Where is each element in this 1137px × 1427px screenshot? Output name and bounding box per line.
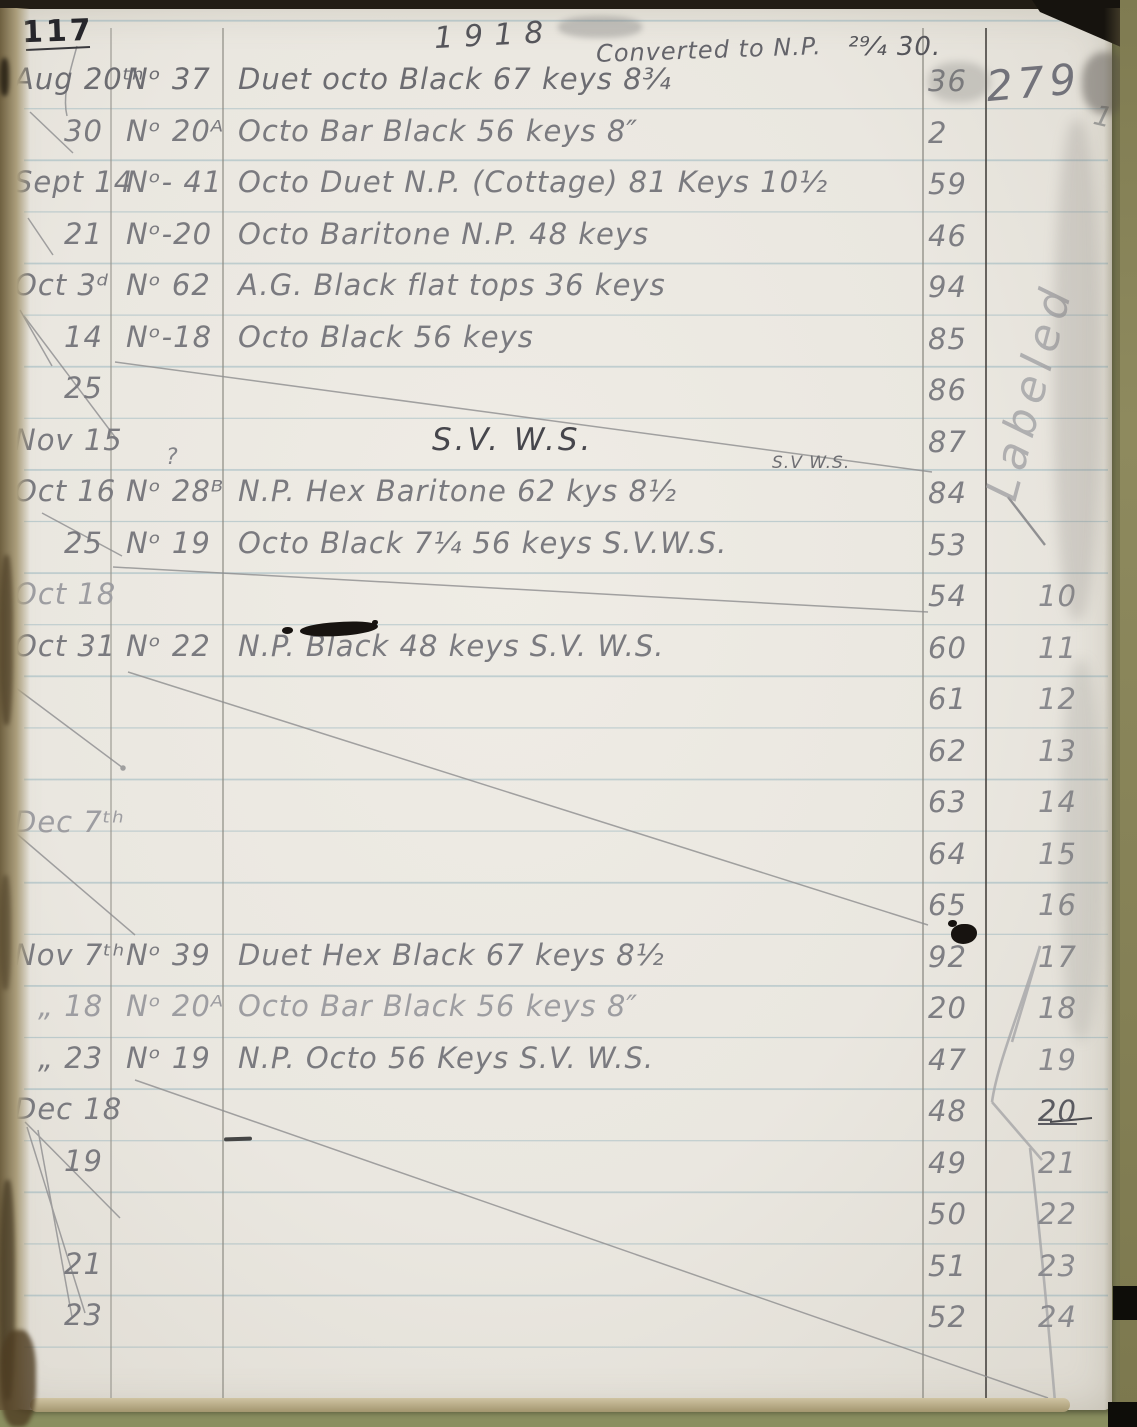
ledger-page-photo: 117 1918 Converted to N.P. ²⁹⁄₄ 30. 279 … (0, 0, 1137, 1427)
ledger-number: 86 (928, 369, 984, 411)
count-number: 22 (1038, 1193, 1102, 1235)
count-number: 10 (1038, 575, 1102, 617)
ledger-number: 62 (928, 730, 984, 772)
count-number: 17 (1038, 936, 1102, 978)
count-number: 21 (1038, 1142, 1102, 1184)
number-cell: Nᵒ 28ᴮ (126, 468, 238, 514)
ledger-number: 54 (928, 575, 984, 617)
ledger-number: 65 (928, 884, 984, 926)
date-cell: Nov 15 (14, 417, 122, 463)
count-number: 18 (1038, 987, 1102, 1029)
number-cell: Nᵒ 19 (126, 1035, 238, 1081)
date-cell: 23 (14, 1292, 172, 1338)
ledger-number: 61 (928, 678, 984, 720)
ledger-number: 47 (928, 1039, 984, 1081)
ledger-number: 2 (928, 112, 984, 154)
number-cell: Nᵒ 20ᴬ (126, 983, 238, 1029)
ledger-number: 52 (928, 1296, 984, 1338)
ledger-number: 49 (928, 1142, 984, 1184)
count-column: 101112131415161718192021222324 (1038, 0, 1102, 1427)
ledger-number: 53 (928, 524, 984, 566)
date-cell: 19 (14, 1138, 172, 1184)
count-number: 16 (1038, 884, 1102, 926)
count-number: 14 (1038, 781, 1102, 823)
description-cell: A.G. Black flat tops 36 keys (238, 262, 928, 308)
date-cell: Dec 7ᵗʰ (14, 799, 122, 845)
page-stack-edge (30, 1398, 1070, 1412)
date-cell: Aug 20ᵗʰ (14, 56, 122, 102)
count-number: 19 (1038, 1039, 1102, 1081)
number-cell: Nᵒ 62 (126, 262, 238, 308)
count-number: 12 (1038, 678, 1102, 720)
ledger-number: 48 (928, 1090, 984, 1132)
ledger-number: 51 (928, 1245, 984, 1287)
ledger-number: 94 (928, 266, 984, 308)
ledger-number: 63 (928, 781, 984, 823)
date-cell: Oct 16 (14, 468, 122, 514)
date-cell: Sept 14 (14, 159, 122, 205)
binding-stain (0, 58, 9, 96)
description-cell: Octo Baritone N.P. 48 keys (238, 211, 928, 257)
description-cell: N.P. Octo 56 Keys S.V. W.S. (238, 1035, 928, 1081)
date-cell: 21 (14, 1241, 172, 1287)
description-cell: Octo Black 7¼ 56 keys S.V.W.S. (238, 520, 928, 566)
number-cell: Nᵒ- 41 (126, 159, 238, 205)
ledger-number: 46 (928, 215, 984, 257)
ledger-number: 60 (928, 627, 984, 669)
date-cell: Oct 3ᵈ (14, 262, 122, 308)
number-cell: Nᵒ-20 (126, 211, 238, 257)
description-cell: N.P. Hex Baritone 62 kys 8½ (238, 468, 928, 514)
ledger-number: 59 (928, 163, 984, 205)
ledger-number: 87 (928, 421, 984, 463)
number-cell: Nᵒ-18 (126, 314, 238, 360)
count-number: 23 (1038, 1245, 1102, 1287)
count-number: 13 (1038, 730, 1102, 772)
top-right-corner-shadow (0, 0, 1137, 60)
count-number: 20 (1038, 1090, 1102, 1132)
svws-heading: S.V. W.S. (432, 417, 593, 463)
ledger-number: 85 (928, 318, 984, 360)
binding-stain (0, 555, 13, 725)
date-cell: Oct 18 (14, 571, 122, 617)
number-cell: Nᵒ 19 (126, 520, 238, 566)
ledger-number: 64 (928, 833, 984, 875)
number-cell: Nᵒ 39 (126, 932, 238, 978)
description-cell: Octo Bar Black 56 keys 8″ (238, 983, 928, 1029)
ledger-number: 84 (928, 472, 984, 514)
description-cell: Duet octo Black 67 keys 8¾ (238, 56, 928, 102)
number-cell: Nᵒ 22 (126, 623, 238, 669)
description-cell: Octo Duet N.P. (Cottage) 81 Keys 10½ (238, 159, 928, 205)
number-cell: Nᵒ 37 (126, 56, 238, 102)
count-number: 15 (1038, 833, 1102, 875)
ledger-number: 50 (928, 1193, 984, 1235)
svws-superscript: S.V W.S. (772, 453, 850, 473)
bottom-left-corner (0, 1330, 36, 1427)
date-cell: Nov 7ᵗʰ (14, 932, 122, 978)
ledger-number: 20 (928, 987, 984, 1029)
count-number: 11 (1038, 627, 1102, 669)
binding-stain (0, 875, 11, 990)
description-cell: Octo Bar Black 56 keys 8″ (238, 108, 928, 154)
bottom-right-corner (1108, 1402, 1137, 1427)
edge-dark-mark (1113, 1286, 1137, 1320)
number-cell: Nᵒ 20ᴬ (126, 108, 238, 154)
description-cell: Duet Hex Black 67 keys 8½ (238, 932, 928, 978)
description-cell: Octo Black 56 keys (238, 314, 928, 360)
ledger-number-column: 3625946948586878453546061626364659220474… (928, 0, 984, 1427)
date-cell: 25 (14, 365, 172, 411)
next-page-edge (1120, 0, 1137, 1427)
date-cell: Oct 31 (14, 623, 122, 669)
count-number: 24 (1038, 1296, 1102, 1338)
ledger-number: 36 (928, 60, 984, 102)
date-cell: Dec 18 (14, 1086, 122, 1132)
query-mark: ? (166, 447, 179, 469)
